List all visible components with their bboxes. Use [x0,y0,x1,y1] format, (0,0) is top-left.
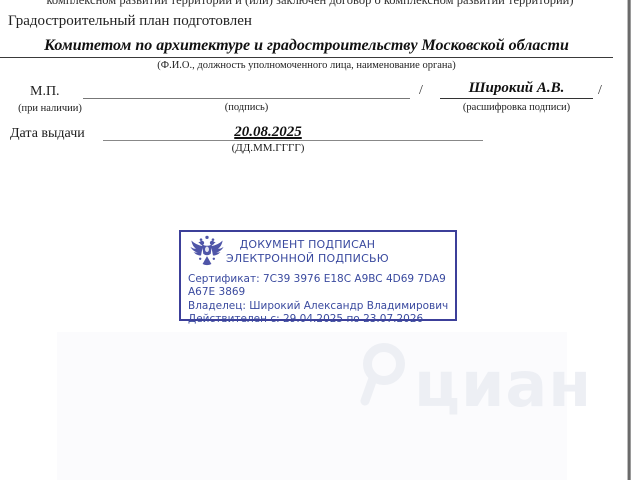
plan-prepared-label: Градостроительный план подготовлен [8,13,252,30]
signature-caption: (подпись) [83,102,410,113]
stamp-owner-line: Владелец: Широкий Александр Владимирович [188,300,451,313]
signature-blank-line [83,98,410,99]
signer-name: Широкий А.В. [440,80,593,97]
stamp-header: ДОКУМЕНТ ПОДПИСАН ЭЛЕКТРОННОЙ ПОДПИСЬЮ [181,232,455,270]
issue-date-value: 20.08.2025 [103,124,433,141]
stamp-details: Сертификат: 7C39 3976 E18C A9BC 4D69 7DA… [181,270,455,327]
signer-name-line [440,98,593,99]
signer-caption: (расшифровка подписи) [440,102,593,113]
stamp-title-line2: ЭЛЕКТРОННОЙ ПОДПИСЬЮ [226,252,389,266]
top-cutoff-note: комплексном развитии территории и (или) … [0,0,620,8]
issue-date-label: Дата выдачи [10,126,85,142]
scanned-document-page: комплексном развитии территории и (или) … [0,0,638,480]
stamp-title: ДОКУМЕНТ ПОДПИСАН ЭЛЕКТРОННОЙ ПОДПИСЬЮ [226,238,457,265]
slash-separator: / [419,83,423,99]
authority-caption: (Ф.И.О., должность уполномоченного лица,… [0,60,613,71]
page-edge-line-outer [630,0,631,480]
stamp-certificate-line2: A67E 3869 [188,286,451,299]
stamp-validity-line: Действителен с: 29.04.2025 по 23.07.2026 [188,313,451,326]
stamp-title-line1: ДОКУМЕНТ ПОДПИСАН [226,238,389,252]
cian-map-pin-icon [356,338,408,412]
mp-label: М.П. [30,84,60,100]
electronic-signature-stamp: ДОКУМЕНТ ПОДПИСАН ЭЛЕКТРОННОЙ ПОДПИСЬЮ С… [179,230,457,321]
double-headed-eagle-icon [188,235,226,270]
cian-watermark: циан [356,338,592,416]
issue-date-caption: (ДД.ММ.ГГГГ) [103,142,433,154]
stamp-certificate-line1: Сертификат: 7C39 3976 E18C A9BC 4D69 7DA… [188,273,451,286]
slash-separator: / [598,83,602,99]
mp-caption: (при наличии) [10,103,90,114]
authority-name: Комитетом по архитектуре и градостроител… [0,37,613,58]
cian-watermark-text: циан [414,354,592,416]
